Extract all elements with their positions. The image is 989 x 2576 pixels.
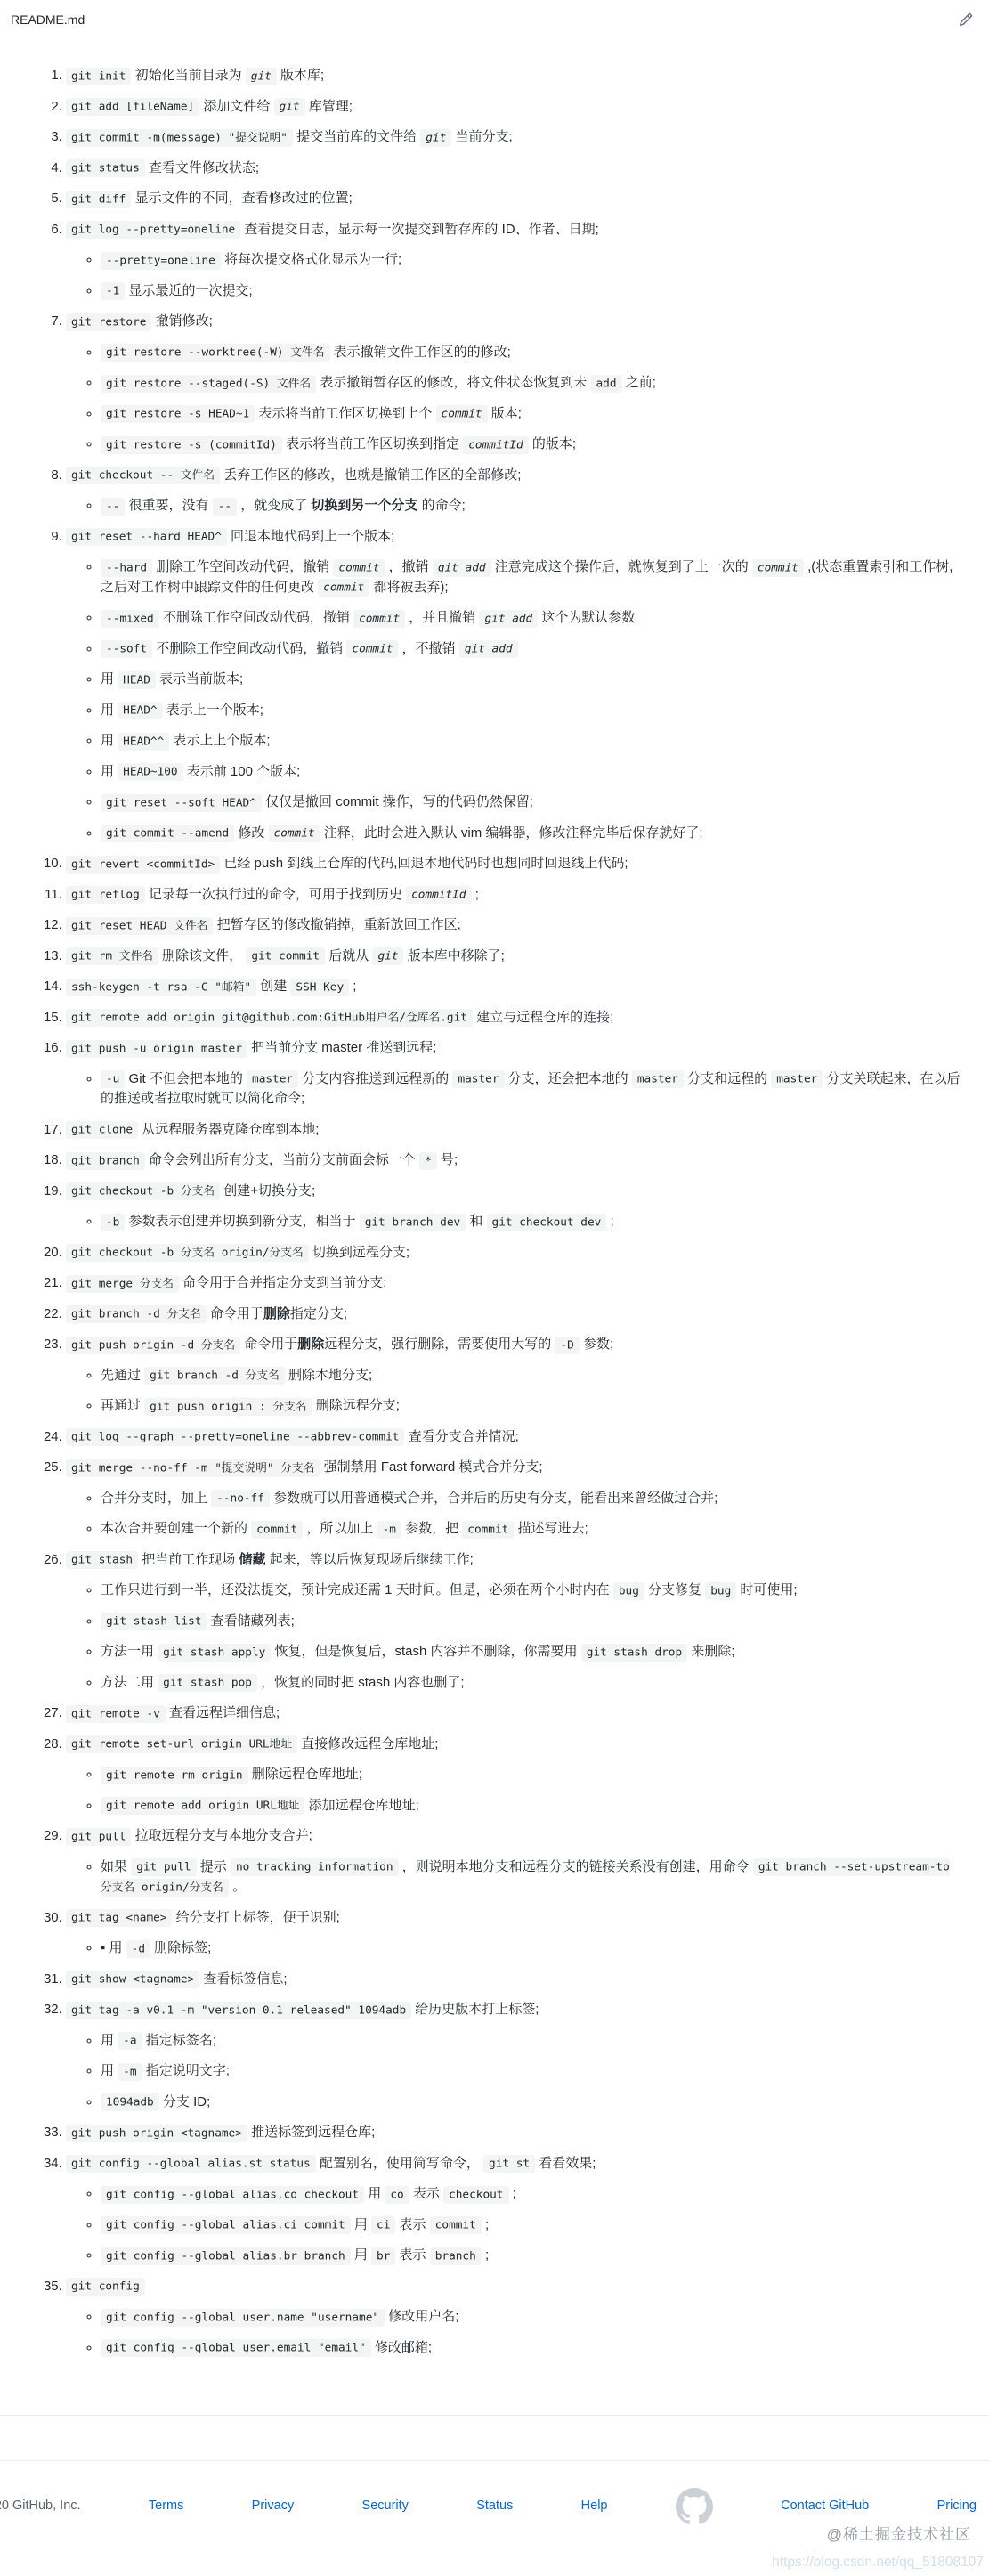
sub-list-item: --hard 删除工作空间改动代码，撤销 commit ，撤销 git add … — [101, 557, 962, 597]
file-header: README.md — [0, 0, 989, 39]
inline-code: co — [385, 2186, 409, 2204]
inline-code: -m — [377, 1521, 401, 1539]
inline-code: git config --global alias.ci commit — [101, 2216, 351, 2234]
sub-list-item: git reset --soft HEAD^ 仅仅是撤回 commit 操作，写… — [101, 792, 962, 813]
inline-code: git checkout -- 文件名 — [66, 467, 220, 484]
footer-link-terms[interactable]: Terms — [149, 2497, 183, 2516]
inline-code: -m — [118, 2063, 142, 2081]
inline-code: git restore — [66, 313, 151, 331]
list-item: git add [fileName] 添加文件给 git 库管理; — [66, 97, 962, 118]
inline-code: git pull — [66, 1828, 131, 1846]
inline-code: git config --global alias.co checkout — [101, 2186, 364, 2204]
inline-code: git clone — [66, 1121, 138, 1139]
inline-code: git stash apply — [158, 1644, 271, 1662]
footer-link-pricing[interactable]: Pricing — [937, 2497, 977, 2516]
inline-code: git merge 分支名 — [66, 1275, 179, 1293]
sub-list-item: git remote rm origin 删除远程仓库地址; — [101, 1765, 962, 1785]
footer-link-security[interactable]: Security — [362, 2497, 409, 2516]
list-item: git push -u origin master 把当前分支 master 推… — [66, 1038, 962, 1109]
footer-link-help[interactable]: Help — [581, 2497, 608, 2516]
inline-code: HEAD^^ — [118, 733, 169, 751]
inline-code: git reset HEAD 文件名 — [66, 917, 213, 935]
sub-list-item: --mixed 不删除工作空间改动代码，撤销 commit ，并且撤销 git … — [101, 608, 962, 629]
sub-list-item: git stash list 查看储藏列表; — [101, 1612, 962, 1632]
inline-code: git push -u origin master — [66, 1040, 247, 1058]
inline-code: git restore --staged(-S) 文件名 — [101, 375, 316, 393]
inline-code: git config --global alias.st status — [66, 2155, 316, 2173]
inline-code: git remote add origin URL地址 — [101, 1797, 304, 1815]
inline-code: git pull — [131, 1858, 196, 1876]
inline-code: git revert <commitId> — [66, 856, 220, 874]
sub-list: 如果 git pull 提示 no tracking information ，… — [66, 1857, 962, 1897]
footer-link-privacy[interactable]: Privacy — [252, 2497, 295, 2516]
inline-code: -- — [213, 498, 237, 516]
inline-code: git restore -s (commitId) — [101, 436, 282, 454]
footer-link-status[interactable]: Status — [476, 2497, 513, 2516]
inline-code: HEAD~100 — [118, 763, 182, 781]
list-item: git pull 拉取远程分支与本地分支合并;如果 git pull 提示 no… — [66, 1826, 962, 1897]
inline-code: git stash drop — [581, 1644, 687, 1662]
bold-text: 切换到另一个分支 — [311, 498, 417, 513]
sub-list-item: 如果 git pull 提示 no tracking information ，… — [101, 1857, 962, 1897]
inline-code: git commit — [246, 947, 325, 965]
inline-code: -b — [101, 1214, 125, 1231]
footer-link-contact-github[interactable]: Contact GitHub — [781, 2497, 869, 2516]
inline-code: master — [452, 1070, 504, 1088]
inline-code: git branch --set-upstream-to 分支名 origin/… — [101, 1858, 950, 1897]
inline-code: checkout — [443, 2186, 508, 2204]
inline-code: git push origin <tagname> — [66, 2125, 247, 2142]
list-item: git checkout -- 文件名 丢弃工作区的修改，也就是撤销工作区的全部… — [66, 466, 962, 516]
inline-code: commit — [346, 640, 398, 658]
inline-code: git reflog — [66, 886, 145, 904]
inline-code: git reset --soft HEAD^ — [101, 794, 262, 812]
sub-list: git restore --worktree(-W) 文件名 表示撤销文件工作区… — [66, 343, 962, 455]
list-item: git push origin <tagname> 推送标签到远程仓库; — [66, 2123, 962, 2143]
inline-code: git add [fileName] — [66, 98, 199, 116]
file-name: README.md — [11, 11, 85, 29]
list-item: git merge --no-ff -m "提交说明" 分支名 强制禁用 Fas… — [66, 1458, 962, 1540]
list-item: git status 查看文件修改状态; — [66, 158, 962, 179]
content-bottom-divider — [0, 2415, 989, 2416]
sub-list-item: git config --global alias.br branch 用 br… — [101, 2246, 962, 2266]
inline-code: git add — [433, 559, 491, 577]
list-item: git tag <name> 给分支打上标签，便于识别;▪ 用 -d 删除标签; — [66, 1908, 962, 1959]
sub-list-item: git config --global user.email "email" 修… — [101, 2338, 962, 2359]
sub-list-item: git restore --worktree(-W) 文件名 表示撤销文件工作区… — [101, 343, 962, 363]
list-item: git configgit config --global user.name … — [66, 2277, 962, 2359]
inline-code: git commit --amend — [101, 825, 234, 842]
inline-code: -1 — [101, 282, 125, 300]
inline-code: git branch dev — [360, 1214, 466, 1231]
inline-code: -a — [118, 2032, 142, 2050]
list-item: git reset HEAD 文件名 把暂存区的修改撤销掉，重新放回工作区; — [66, 915, 962, 936]
inline-code: git — [274, 98, 305, 116]
sub-list: ▪ 用 -d 删除标签; — [66, 1938, 962, 1959]
watermark-url: https://blog.csdn.net/qq_51808107 — [772, 2552, 984, 2572]
list-item: git branch 命令会列出所有分支，当前分支前面会标一个 * 号; — [66, 1150, 962, 1171]
inline-code: bug — [705, 1582, 736, 1600]
inline-code: git remote -v — [66, 1705, 166, 1723]
inline-code: git remote add origin git@github.com:Git… — [66, 1009, 473, 1027]
sub-list: 工作只进行到一半，还没法提交，预计完成还需 1 天时间。但是，必须在两个小时内在… — [66, 1581, 962, 1693]
sub-list-item: 用 -m 指定说明文字; — [101, 2061, 962, 2082]
sub-list-item: 用 HEAD~100 表示前 100 个版本; — [101, 762, 962, 783]
inline-code: git branch -d 分支名 — [144, 1367, 285, 1385]
sub-list: git config --global user.name "username"… — [66, 2307, 962, 2358]
inline-code: branch — [430, 2247, 482, 2265]
inline-code: commit — [251, 1521, 303, 1539]
list-item: git config --global alias.st status 配置别名… — [66, 2154, 962, 2266]
list-item: git branch -d 分支名 命令用于删除指定分支; — [66, 1304, 962, 1325]
sub-list-item: --soft 不删除工作空间改动代码，撤销 commit ，不撤销 git ad… — [101, 639, 962, 660]
sub-list-item: -1 显示最近的一次提交; — [101, 281, 962, 302]
sub-list-item: 本次合并要创建一个新的 commit ，所以加上 -m 参数，把 commit … — [101, 1519, 962, 1540]
inline-code: master — [632, 1070, 684, 1088]
inline-code: -u — [101, 1070, 125, 1088]
bold-text: 删除 — [263, 1306, 290, 1321]
inline-code: git tag <name> — [66, 1909, 172, 1927]
list-item: git merge 分支名 命令用于合并指定分支到当前分支; — [66, 1273, 962, 1294]
bold-text: 删除 — [297, 1337, 324, 1352]
inline-code: -- — [101, 498, 125, 516]
sub-list-item: -b 参数表示创建并切换到新分支，相当于 git branch dev 和 gi… — [101, 1212, 962, 1232]
sub-list-item: 用 HEAD^ 表示上一个版本; — [101, 701, 962, 721]
sub-list-item: -u Git 不但会把本地的 master 分支内容推送到远程新的 master… — [101, 1069, 962, 1109]
sub-list-item: 用 HEAD 表示当前版本; — [101, 670, 962, 690]
sub-list-item: git commit --amend 修改 commit 注释，此时会进入默认 … — [101, 824, 962, 844]
inline-code: br — [371, 2247, 395, 2265]
list-item: git diff 显示文件的不同，查看修改过的位置; — [66, 189, 962, 209]
inline-code: git st — [483, 2155, 535, 2173]
list-item: git show <tagname> 查看标签信息; — [66, 1970, 962, 1990]
inline-code: commit — [462, 1521, 514, 1539]
list-item: git checkout -b 分支名 创建+切换分支;-b 参数表示创建并切换… — [66, 1182, 962, 1232]
inline-code: add — [591, 375, 622, 393]
sub-list-item: ▪ 用 -d 删除标签; — [101, 1938, 962, 1959]
inline-code: git branch — [66, 1152, 145, 1170]
sub-list-item: 方法一用 git stash apply 恢复，但是恢复后，stash 内容并不… — [101, 1642, 962, 1662]
inline-code: git log --pretty=oneline — [66, 221, 240, 239]
sub-list: 用 -a 指定标签名;用 -m 指定说明文字;1094adb 分支 ID; — [66, 2031, 962, 2113]
inline-code: -d — [126, 1940, 150, 1958]
list-item: git clone 从远程服务器克隆仓库到本地; — [66, 1120, 962, 1141]
inline-code: git checkout -b 分支名 — [66, 1182, 220, 1200]
sub-list-item: git restore -s (commitId) 表示将当前工作区切换到指定 … — [101, 435, 962, 455]
footer-row: © 2020 GitHub, Inc. TermsPrivacySecurity… — [0, 2461, 989, 2525]
inline-code: 1094adb — [101, 2093, 159, 2111]
inline-code: git branch -d 分支名 — [66, 1305, 207, 1323]
sub-list-item: 合并分支时，加上 --no-ff 参数就可以用普通模式合并，合并后的历史有分支，… — [101, 1489, 962, 1509]
inline-code: ci — [371, 2216, 395, 2234]
inline-code: git — [372, 947, 403, 965]
sub-list-item: 方法二用 git stash pop ，恢复的同时把 stash 内容也删了; — [101, 1673, 962, 1694]
inline-code: git checkout -b 分支名 origin/分支名 — [66, 1244, 309, 1262]
sub-list: 合并分支时，加上 --no-ff 参数就可以用普通模式合并，合并后的历史有分支，… — [66, 1489, 962, 1540]
list-item: ssh-keygen -t rsa -C "邮箱" 创建 SSH Key ; — [66, 977, 962, 997]
sub-list-item: git config --global alias.co checkout 用 … — [101, 2184, 962, 2205]
list-item: git tag -a v0.1 -m "version 0.1 released… — [66, 2000, 962, 2112]
sub-list-item: 用 -a 指定标签名; — [101, 2031, 962, 2052]
bold-text: 储藏 — [239, 1552, 265, 1567]
sub-list-item: git config --global alias.ci commit 用 ci… — [101, 2215, 962, 2236]
inline-code: git config --global alias.br branch — [101, 2247, 351, 2265]
list-item: git revert <commitId> 已经 push 到线上仓库的代码,回… — [66, 854, 962, 874]
sub-list: --hard 删除工作空间改动代码，撤销 commit ，撤销 git add … — [66, 557, 962, 843]
sub-list-item: git restore -s HEAD~1 表示将当前工作区切换到上个 comm… — [101, 404, 962, 425]
git-commands-list: git init 初始化当前目录为 git 版本库;git add [fileN… — [0, 66, 962, 2358]
pencil-icon — [959, 12, 973, 27]
inline-code: --hard — [101, 559, 152, 577]
list-item: git log --pretty=oneline 查看提交日志，显示每一次提交到… — [66, 220, 962, 302]
copyright: © 2020 GitHub, Inc. — [0, 2497, 81, 2516]
inline-code: commit — [436, 405, 488, 423]
sub-list-item: -- 很重要，没有 -- ，就变成了 切换到另一个分支 的命令; — [101, 496, 962, 516]
list-item: git remote add origin git@github.com:Git… — [66, 1008, 962, 1028]
inline-code: git show <tagname> — [66, 1971, 199, 1988]
sub-list: --pretty=oneline 将每次提交格式化显示为一行;-1 显示最近的一… — [66, 250, 962, 301]
list-item: git rm 文件名 删除该文件， git commit 后就从 git 版本库… — [66, 947, 962, 967]
sub-list: -u Git 不但会把本地的 master 分支内容推送到远程新的 master… — [66, 1069, 962, 1109]
sub-list-item: 先通过 git branch -d 分支名 删除本地分支; — [101, 1366, 962, 1386]
list-item: git init 初始化当前目录为 git 版本库; — [66, 66, 962, 86]
inline-code: git merge --no-ff -m "提交说明" 分支名 — [66, 1459, 320, 1477]
inline-code: commit — [430, 2216, 482, 2234]
sub-list-item: 1094adb 分支 ID; — [101, 2092, 962, 2113]
inline-code: --pretty=oneline — [101, 252, 221, 270]
inline-code: --no-ff — [211, 1490, 270, 1507]
inline-code: git — [420, 129, 451, 147]
inline-code: git add — [479, 610, 538, 628]
inline-code: commit — [752, 559, 804, 577]
inline-code: -D — [555, 1337, 579, 1354]
list-item: git stash 把当前工作现场 储藏 起来，等以后恢复现场后继续工作;工作只… — [66, 1550, 962, 1694]
inline-code: master — [771, 1070, 823, 1088]
inline-code: commitId — [463, 436, 528, 454]
inline-code: git status — [66, 159, 145, 177]
inline-code: git restore --worktree(-W) 文件名 — [101, 344, 330, 362]
inline-code: SSH Key — [290, 979, 349, 996]
list-item: git reflog 记录每一次执行过的命令，可用于找到历史 commitId … — [66, 885, 962, 906]
inline-code: git rm 文件名 — [66, 947, 158, 965]
inline-code: git reset --hard HEAD^ — [66, 528, 227, 546]
inline-code: ssh-keygen -t rsa -C "邮箱" — [66, 979, 256, 996]
sub-list-item: 再通过 git push origin : 分支名 删除远程分支; — [101, 1396, 962, 1417]
list-item: git reset --hard HEAD^ 回退本地代码到上一个版本;--ha… — [66, 527, 962, 844]
watermark-text: @稀土掘金技术社区 — [827, 2523, 971, 2547]
sub-list: git config --global alias.co checkout 用 … — [66, 2184, 962, 2266]
inline-code: git diff — [66, 191, 131, 208]
inline-code: commit — [318, 579, 369, 597]
edit-pencil-icon[interactable] — [959, 12, 973, 27]
inline-code: commitId — [406, 886, 471, 904]
inline-code: git log --graph --pretty=oneline --abbre… — [66, 1428, 404, 1446]
inline-code: git tag -a v0.1 -m "version 0.1 released… — [66, 2002, 411, 2019]
list-item: git checkout -b 分支名 origin/分支名 切换到远程分支; — [66, 1243, 962, 1264]
inline-code: git restore -s HEAD~1 — [101, 405, 255, 423]
inline-code: git config --global user.name "username" — [101, 2309, 385, 2327]
list-item: git restore 撤销修改;git restore --worktree(… — [66, 312, 962, 455]
inline-code: no tracking information — [231, 1858, 399, 1876]
inline-code: git stash list — [101, 1613, 207, 1630]
sub-list-item: git remote add origin URL地址 添加远程仓库地址; — [101, 1796, 962, 1816]
inline-code: --soft — [101, 640, 152, 658]
inline-code: bug — [613, 1582, 644, 1600]
inline-code: git init — [66, 68, 131, 85]
list-item: git remote set-url origin URL地址 直接修改远程仓库… — [66, 1735, 962, 1816]
inline-code: git stash pop — [158, 1674, 257, 1692]
inline-code: git remote rm origin — [101, 1767, 248, 1784]
sub-list: 先通过 git branch -d 分支名 删除本地分支;再通过 git pus… — [66, 1366, 962, 1417]
sub-list-item: --pretty=oneline 将每次提交格式化显示为一行; — [101, 250, 962, 271]
sub-list-item: git restore --staged(-S) 文件名 表示撤销暂存区的修改，… — [101, 373, 962, 394]
inline-code: git checkout dev — [487, 1214, 607, 1231]
inline-code: git push origin -d 分支名 — [66, 1337, 240, 1354]
inline-code: * — [419, 1152, 437, 1170]
inline-code: git stash — [66, 1551, 138, 1569]
sub-list-item: 用 HEAD^^ 表示上上个版本; — [101, 731, 962, 752]
inline-code: commit — [333, 559, 385, 577]
inline-code: commit — [269, 825, 320, 842]
inline-code: HEAD^ — [118, 702, 162, 719]
inline-code: git push origin : 分支名 — [144, 1398, 312, 1416]
inline-code: HEAD — [118, 671, 156, 689]
list-item: git commit -m(message) "提交说明" 提交当前库的文件给 … — [66, 127, 962, 148]
list-item: git remote -v 查看远程详细信息; — [66, 1703, 962, 1724]
readme-content: git init 初始化当前目录为 git 版本库;git add [fileN… — [0, 66, 989, 2358]
sub-list-item: git config --global user.name "username"… — [101, 2307, 962, 2328]
inline-code: git commit -m(message) "提交说明" — [66, 129, 293, 147]
inline-code: git config — [66, 2278, 145, 2296]
sub-list: git remote rm origin 删除远程仓库地址;git remote… — [66, 1765, 962, 1816]
inline-code: commit — [353, 610, 405, 628]
inline-code: git config --global user.email "email" — [101, 2339, 371, 2357]
github-octocat-icon[interactable] — [676, 2488, 713, 2525]
inline-code: master — [247, 1070, 298, 1088]
inline-code: git remote set-url origin URL地址 — [66, 1735, 297, 1753]
inline-code: git add — [459, 640, 518, 658]
list-item: git log --graph --pretty=oneline --abbre… — [66, 1427, 962, 1448]
list-item: git push origin -d 分支名 命令用于删除远程分支，强行删除，需… — [66, 1335, 962, 1417]
sub-list: -- 很重要，没有 -- ，就变成了 切换到另一个分支 的命令; — [66, 496, 962, 516]
sub-list: -b 参数表示创建并切换到新分支，相当于 git branch dev 和 gi… — [66, 1212, 962, 1232]
inline-code: --mixed — [101, 610, 159, 628]
inline-code: git — [246, 68, 277, 85]
sub-list-item: 工作只进行到一半，还没法提交，预计完成还需 1 天时间。但是，必须在两个小时内在… — [101, 1581, 962, 1601]
